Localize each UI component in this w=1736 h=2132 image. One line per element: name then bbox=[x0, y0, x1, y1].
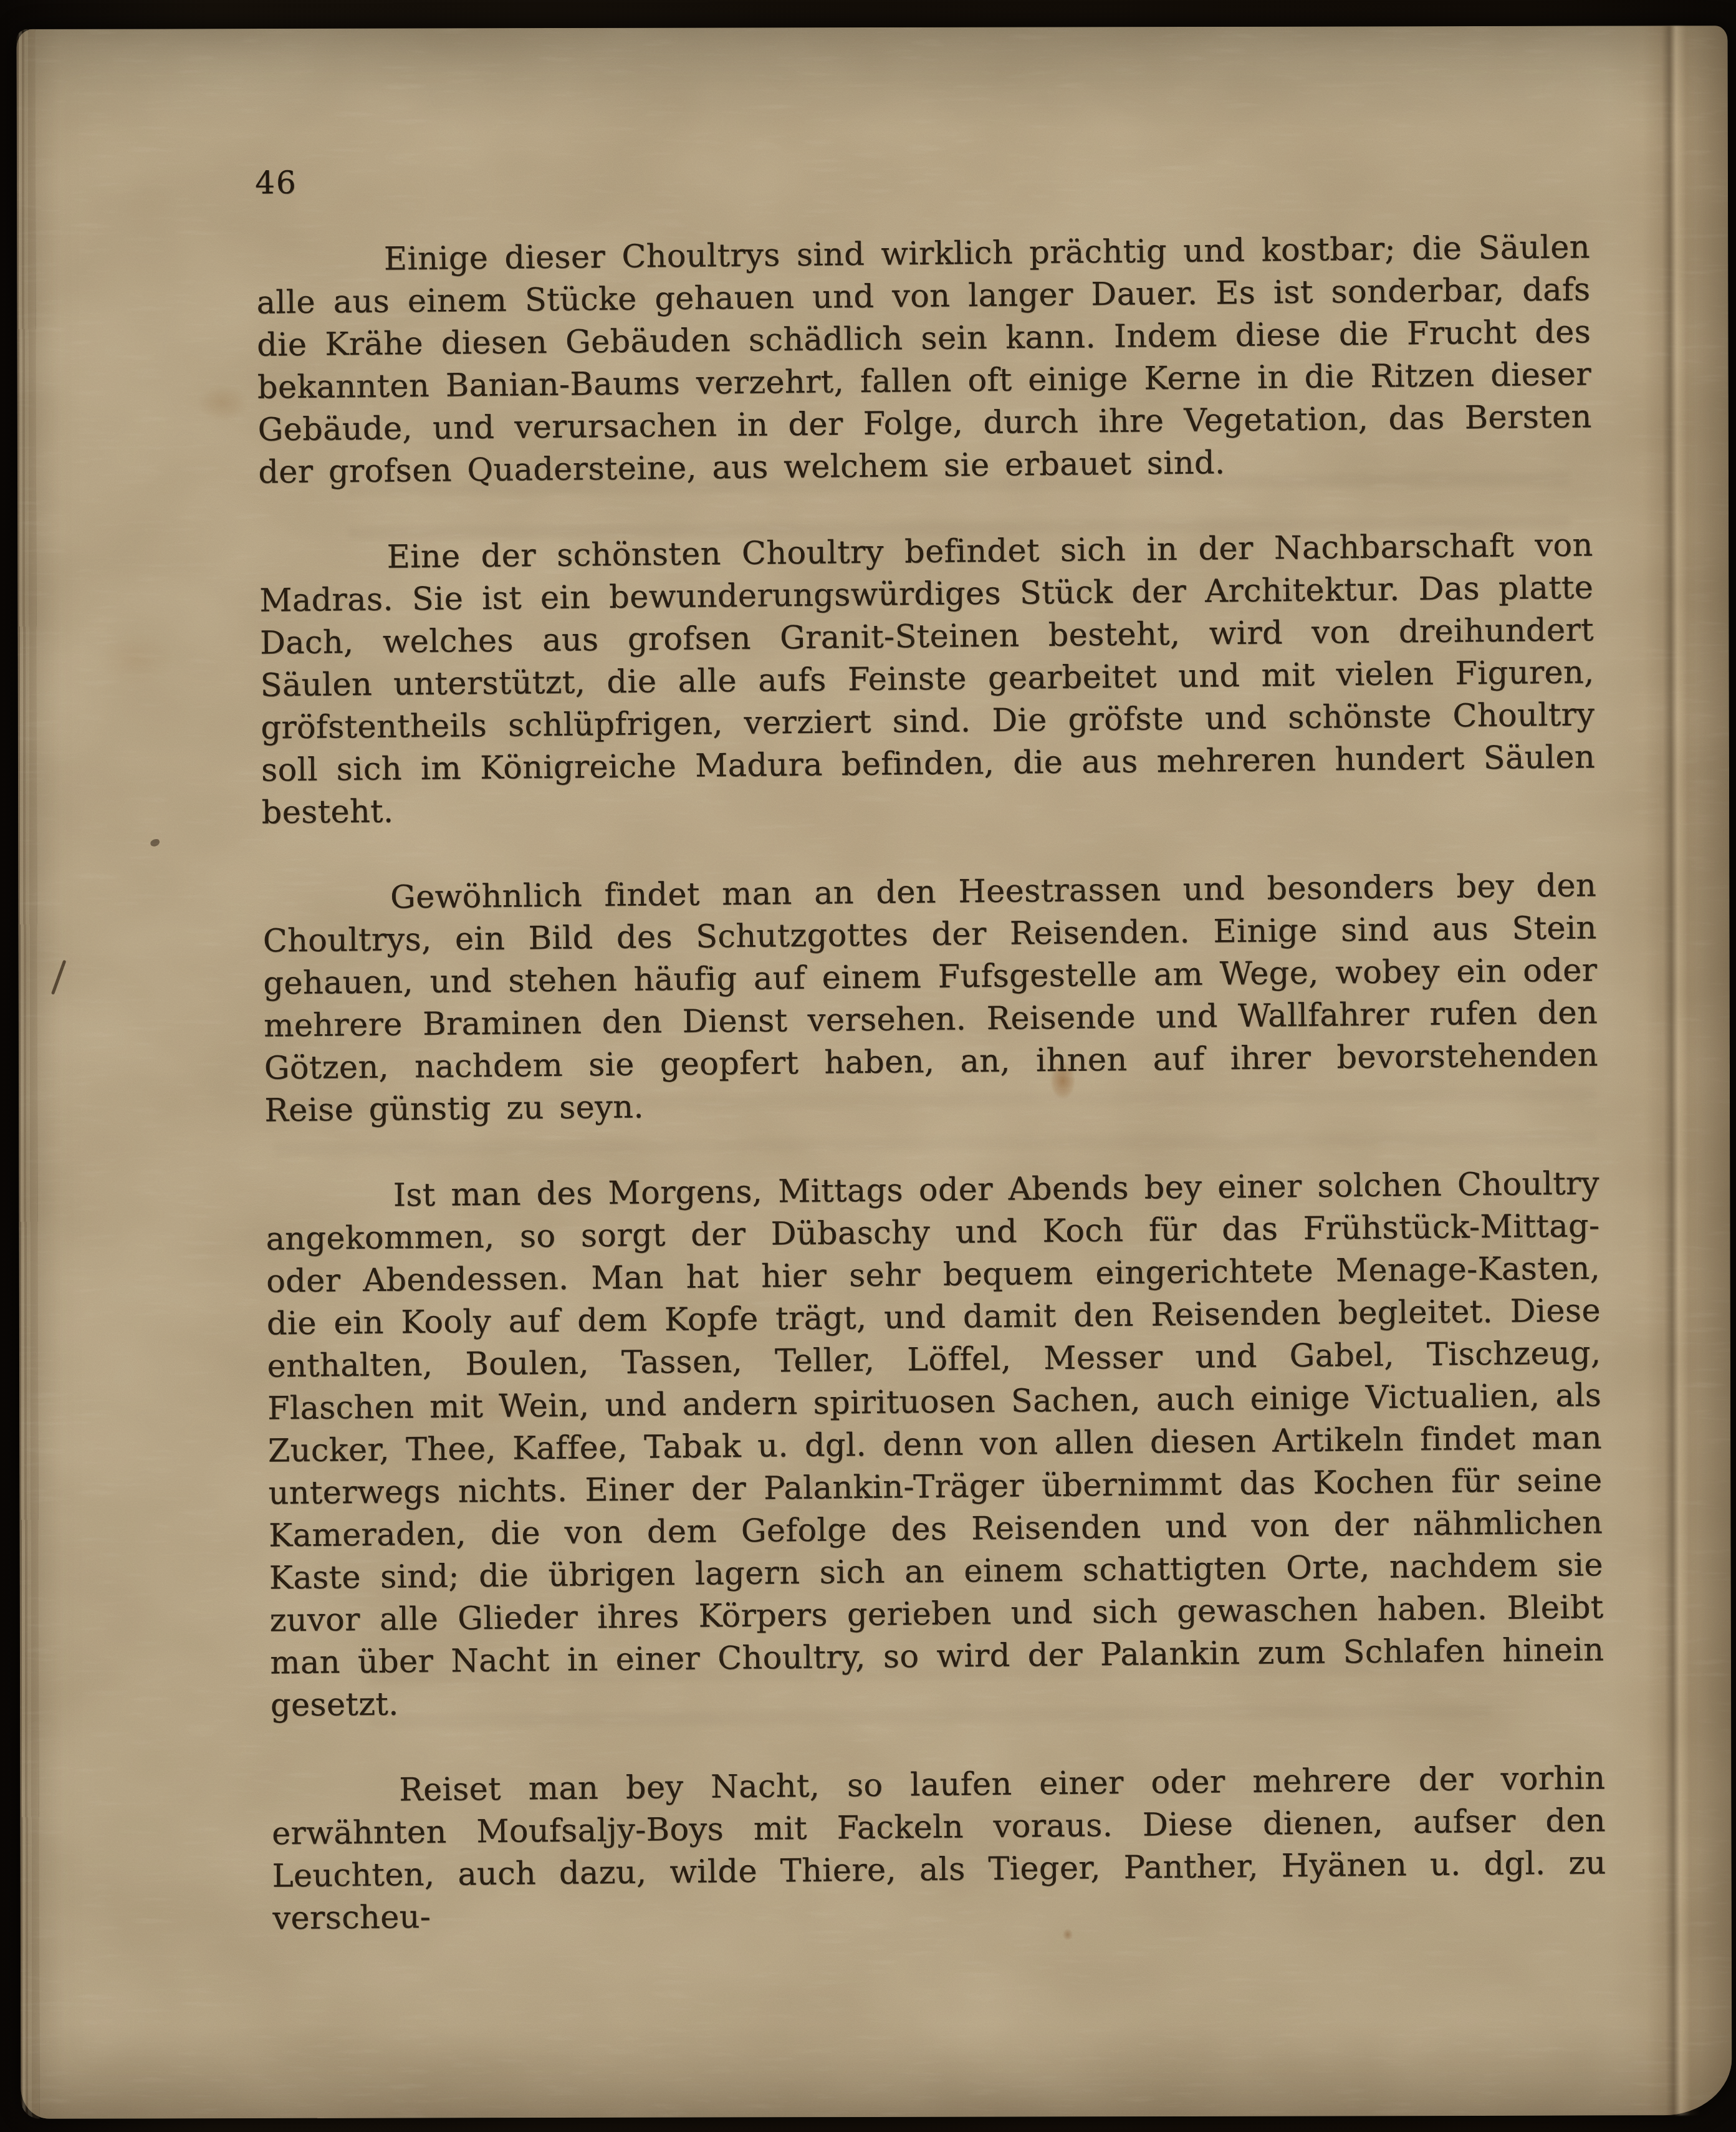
paragraph-1: Einige dieser Choultrys sind wirklich pr… bbox=[256, 226, 1593, 494]
paragraph-5: Reiset man bey Nacht, so laufen einer od… bbox=[271, 1757, 1607, 1940]
body-text: Einige dieser Choultrys sind wirklich pr… bbox=[256, 226, 1607, 1940]
paragraph-3: Gewöhnlich findet man an den Heestrassen… bbox=[262, 865, 1599, 1132]
scan-backdrop: 46 Einige dieser Choultrys sind wirklich… bbox=[0, 0, 1736, 2132]
page-number: 46 bbox=[255, 165, 297, 201]
ink-speck bbox=[150, 838, 160, 848]
paper-crease bbox=[1642, 26, 1700, 2115]
ink-slash-mark bbox=[51, 960, 66, 995]
paragraph-4: Ist man des Morgens, Mittags oder Abends… bbox=[265, 1163, 1604, 1727]
stacked-page-edges bbox=[16, 29, 39, 2119]
paragraph-2: Eine der schönsten Choultry befindet sic… bbox=[259, 524, 1596, 834]
book-page: 46 Einige dieser Choultrys sind wirklich… bbox=[16, 26, 1732, 2119]
